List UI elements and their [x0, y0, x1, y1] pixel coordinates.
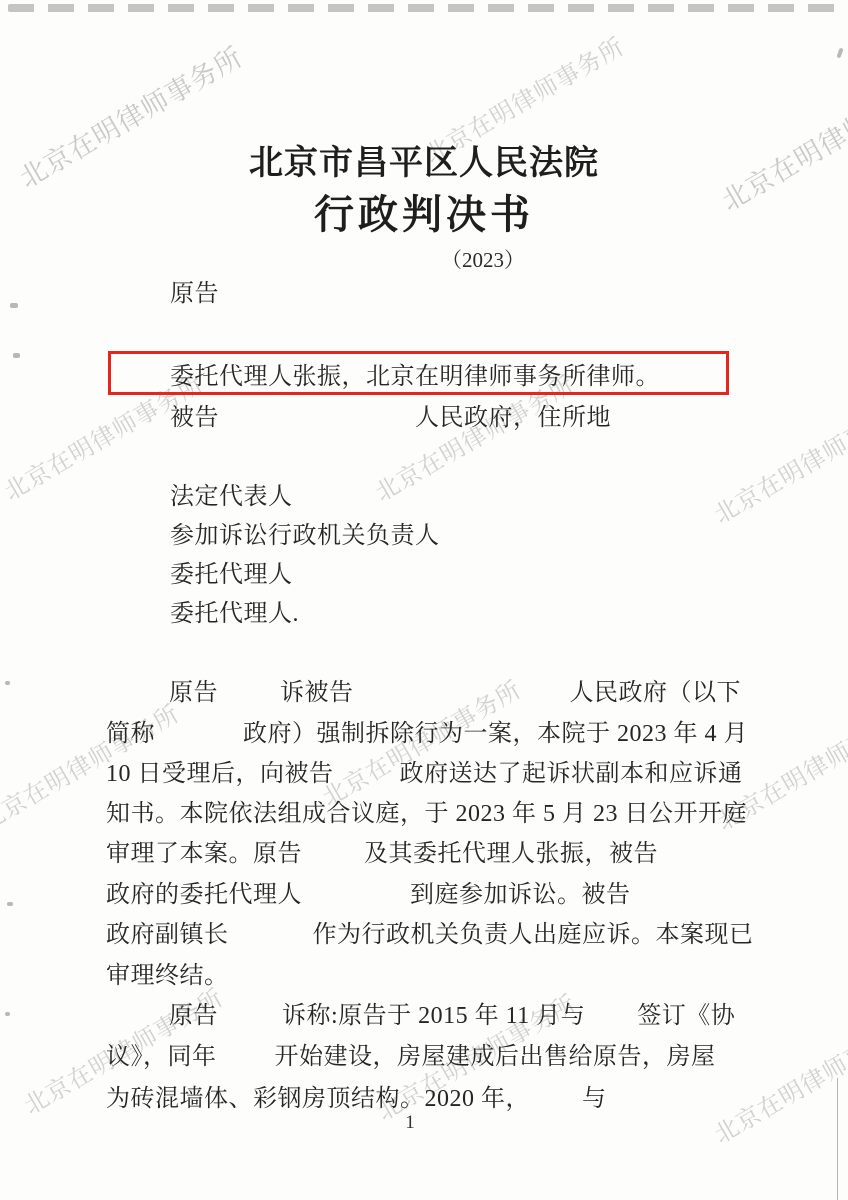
body-line: 简称政府）强制拆除行为一案，本院于 2023 年 4 月 — [106, 720, 748, 749]
text-segment: 10 日受理后，向被告 — [106, 761, 334, 787]
redacted-gap — [302, 901, 410, 902]
document-title: 行政判决书 — [0, 183, 848, 240]
redacted-gap — [218, 699, 280, 700]
scan-speck — [10, 303, 18, 308]
redacted-gap — [218, 1022, 282, 1023]
text-segment: 审理了本案。原告 — [106, 841, 302, 867]
body-line: 为砖混墙体、彩钢房顶结构。2020 年，与 — [106, 1085, 607, 1114]
text-segment: 签订《协 — [637, 1003, 735, 1029]
scan-speck — [13, 353, 20, 358]
redacted-gap — [585, 1022, 637, 1023]
legal-representative-label: 法定代表人 — [170, 483, 293, 512]
agency-head-label: 参加诉讼行政机关负责人 — [170, 522, 440, 551]
plaintiff-label: 原告 — [170, 280, 219, 309]
text-segment: 开始建设，房屋建成后出售给原告，房屋 — [275, 1044, 716, 1070]
redacted-gap — [530, 1105, 582, 1106]
redacted-gap — [106, 699, 169, 700]
text-segment: 议》，同年 — [106, 1044, 217, 1070]
body-line: 审理终结。 — [106, 962, 229, 991]
body-line: 议》，同年开始建设，房屋建成后出售给原告，房屋 — [106, 1043, 716, 1072]
text-segment: 简称 — [106, 721, 155, 747]
redacted-gap — [229, 941, 313, 942]
text-segment: 人民政府，住所地 — [415, 405, 611, 431]
body-line: 知书。本院依法组成合议庭，于 2023 年 5 月 23 日公开开庭 — [106, 800, 747, 829]
body-line: 政府的委托代理人到庭参加诉讼。被告 — [106, 881, 631, 910]
text-segment: 政府送达了起诉状副本和应诉通 — [400, 761, 743, 787]
text-segment: 政府的委托代理人 — [106, 882, 302, 908]
scan-speck — [5, 1012, 10, 1016]
highlight-box: 委托代理人张振，北京在明律师事务所律师。 — [108, 351, 729, 395]
page-number: 1 — [0, 1112, 820, 1134]
redacted-gap — [302, 860, 364, 861]
highlighted-agent-line: 委托代理人张振，北京在明律师事务所律师。 — [170, 356, 660, 391]
scan-speck — [836, 48, 843, 59]
scanned-judgment-page: 北京在明律师事务所 北京在明律师事务所 北京在明律师事务所 北京在明律师事务所 … — [0, 0, 848, 1200]
text-segment: 与 — [582, 1086, 607, 1112]
text-segment: 到庭参加诉讼。被告 — [410, 882, 631, 908]
redacted-gap — [217, 1063, 275, 1064]
body-line: 原告诉被告人民政府（以下 — [106, 679, 741, 708]
body-line: 10 日受理后，向被告政府送达了起诉状副本和应诉通 — [106, 760, 743, 789]
text-segment: 为砖混墙体、彩钢房顶结构。2020 年， — [106, 1086, 530, 1112]
case-number: （2023） — [441, 244, 525, 274]
body-line: 审理了本案。原告及其委托代理人张振，被告 — [106, 840, 658, 869]
text-segment: 被告 — [170, 405, 219, 431]
scan-speck — [7, 902, 13, 906]
scan-artifact-top — [8, 4, 840, 12]
redacted-gap — [334, 780, 400, 781]
scan-speck — [5, 681, 10, 685]
scan-edge-line — [837, 1078, 838, 1200]
text-segment: 作为行政机关负责人出庭应诉。本案现已 — [313, 922, 754, 948]
text-segment: 原告 — [169, 1003, 218, 1029]
body-line: 原告诉称:原告于 2015 年 11 月与签订《协 — [106, 1002, 735, 1031]
body-line: 政府副镇长作为行政机关负责人出庭应诉。本案现已 — [106, 921, 754, 950]
defendant-line: 被告人民政府，住所地 — [170, 404, 611, 433]
text-segment: 人民政府（以下 — [570, 680, 742, 706]
text-segment: 诉被告 — [280, 680, 354, 706]
text-segment: 诉称:原告于 2015 年 11 月与 — [282, 1003, 585, 1029]
redacted-gap — [219, 424, 415, 425]
agent-label-1: 委托代理人 — [170, 561, 293, 590]
watermark: 北京在明律师事务所 — [706, 387, 848, 530]
court-name: 北京市昌平区人民法院 — [0, 135, 848, 184]
agent-label-2: 委托代理人. — [170, 600, 299, 629]
text-segment: 知书。本院依法组成合议庭，于 2023 年 5 月 23 日公开开庭 — [106, 801, 747, 827]
text-segment: 审理终结。 — [106, 963, 229, 989]
redacted-gap — [354, 699, 570, 700]
text-segment: 政府副镇长 — [106, 922, 229, 948]
text-segment: 原告 — [169, 680, 218, 706]
text-segment: 及其委托代理人张振，被告 — [364, 841, 658, 867]
redacted-gap — [106, 1022, 169, 1023]
text-segment: 政府）强制拆除行为一案，本院于 2023 年 4 月 — [243, 721, 748, 747]
redacted-gap — [155, 740, 243, 741]
